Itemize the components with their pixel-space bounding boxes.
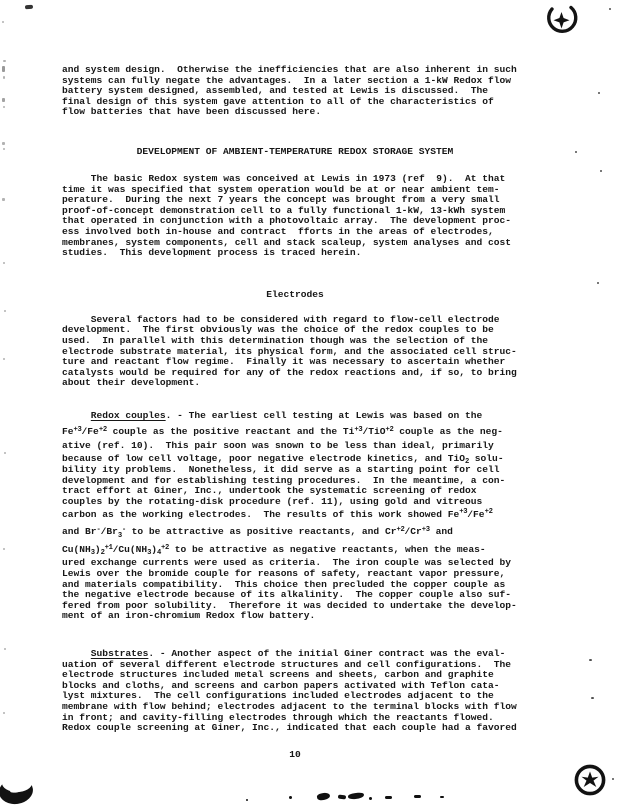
circled-star-stamp-icon [543, 1, 581, 46]
scanned-document-page: and system design. Otherwise the ineffic… [0, 0, 620, 808]
text-column: and system design. Otherwise the ineffic… [62, 65, 528, 760]
text-line: flow batteries that have been discussed … [62, 107, 528, 118]
scan-dot [609, 8, 611, 10]
text-line: ative (ref. 10). This pair soon was snow… [62, 441, 528, 452]
paragraph-redox-history: The basic Redox system was conceived at … [62, 174, 528, 259]
text-line: Redox couples. - The earliest cell testi… [62, 411, 528, 422]
ink-blot-icon [0, 778, 42, 808]
scan-dot [612, 778, 614, 780]
text-line: Cu(NH3)2+1/Cu(NH3)4+2 to be attractive a… [62, 545, 528, 557]
section-heading-electrodes: Electrodes [62, 289, 528, 300]
text-line: couples by the rotating-disk procedure (… [62, 497, 528, 508]
paragraph-substrates: Substrates. - Another aspect of the init… [62, 649, 528, 734]
text-line: Redox couple screening at Giner, Inc., i… [62, 723, 528, 734]
text-line: carbon as the working electrodes. The re… [62, 510, 528, 522]
paragraph-electrode-factors: Several factors had to be considered wit… [62, 315, 528, 389]
circled-asterisk-stamp-icon [571, 761, 609, 804]
text-line: about their development. [62, 378, 528, 389]
text-line: Fe+3/Fe+2 couple as the positive reactan… [62, 427, 528, 439]
section-heading-development: DEVELOPMENT OF AMBIENT-TEMPERATURE REDOX… [62, 146, 528, 157]
text-line: ment of an iron-chromium Redox flow batt… [62, 611, 528, 622]
text-line: studies. This development process is tra… [62, 248, 528, 259]
page-number: 10 [62, 749, 528, 760]
text-line: and Br-/Br3- to be attractive as positiv… [62, 527, 528, 539]
paragraph-redox-couples: Redox couples. - The earliest cell testi… [62, 411, 528, 622]
paragraph-intro: and system design. Otherwise the ineffic… [62, 65, 528, 118]
